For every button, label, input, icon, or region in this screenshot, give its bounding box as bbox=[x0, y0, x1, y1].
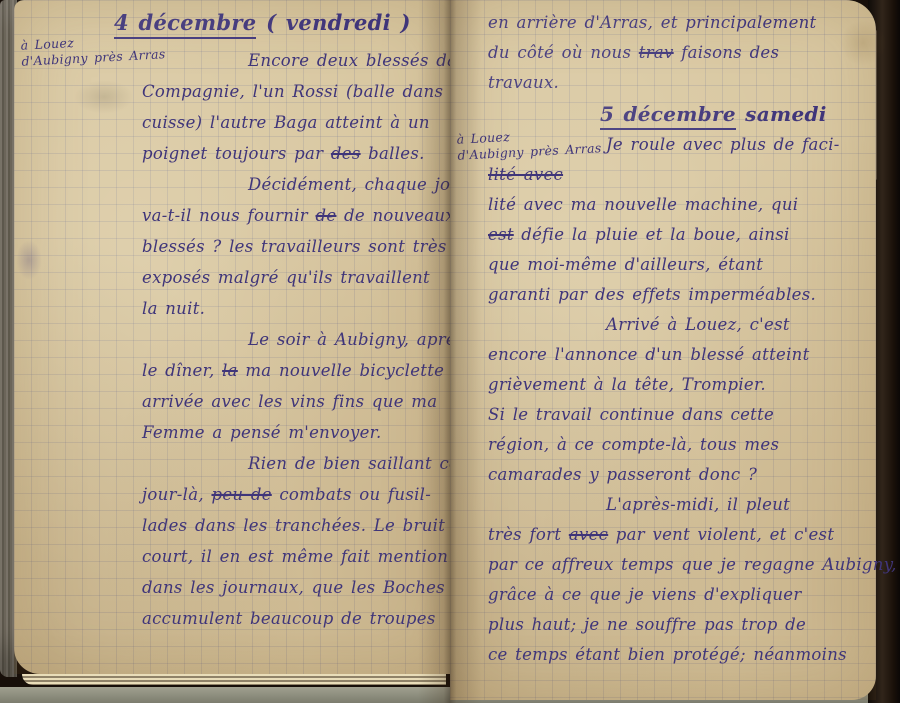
notebook-page-right: en arrière d'Arras, et principalementdu … bbox=[450, 0, 876, 700]
text-segment: cuisse) l'autre Baga atteint à un bbox=[142, 113, 430, 132]
notebook-page-left: à Louezd'Aubigny près Arras 4 décembre (… bbox=[14, 0, 450, 674]
struck-text: peu de bbox=[211, 485, 271, 504]
text-segment: du côté où nous bbox=[488, 43, 639, 62]
text-segment: Rien de bien saillant ce bbox=[248, 454, 459, 473]
handwritten-line: accumulent beaucoup de troupes bbox=[142, 603, 444, 634]
text-segment: région, à ce compte-là, tous mes bbox=[488, 435, 779, 454]
handwritten-line: lité avec ma nouvelle machine, qui bbox=[488, 190, 872, 220]
text-segment: blessés ? les travailleurs sont très bbox=[142, 237, 447, 256]
handwritten-line: court, il en est même fait mention bbox=[142, 541, 444, 572]
handwritten-line: va-t-il nous fournir de de nouveaux bbox=[142, 200, 444, 231]
struck-text: lité avec bbox=[488, 165, 563, 184]
handwritten-line: camarades y passeront donc ? bbox=[488, 460, 872, 490]
text-segment: Femme a pensé m'envoyer. bbox=[142, 423, 382, 442]
struck-text: de bbox=[316, 206, 337, 225]
text-segment: grâce à ce que je viens d'expliquer bbox=[488, 585, 802, 604]
handwritten-line: Le soir à Aubigny, après bbox=[142, 324, 444, 355]
text-segment: Arrivé à Louez, c'est bbox=[606, 315, 790, 334]
text-segment: plus haut; je ne souffre pas trop de bbox=[488, 615, 806, 634]
struck-text: des bbox=[331, 144, 361, 163]
entry-body-dec4-continuation: en arrière d'Arras, et principalementdu … bbox=[488, 8, 872, 98]
struck-text: est bbox=[488, 225, 514, 244]
text-segment: en arrière d'Arras, et principalement bbox=[488, 13, 817, 32]
handwritten-line: lades dans les tranchées. Le bruit bbox=[142, 510, 444, 541]
text-segment: encore l'annonce d'un blessé atteint bbox=[488, 345, 810, 364]
handwritten-line: jour-là, peu de combats ou fusil- bbox=[142, 479, 444, 510]
handwritten-line: Décidément, chaque jour bbox=[142, 169, 444, 200]
handwritten-line: exposés malgré qu'ils travaillent bbox=[142, 262, 444, 293]
diary-photo-scene: à Louezd'Aubigny près Arras 4 décembre (… bbox=[0, 0, 900, 703]
struck-text: la bbox=[222, 361, 238, 380]
handwritten-line: ce temps étant bien protégé; néanmoins bbox=[488, 640, 872, 670]
ink-smudge bbox=[16, 240, 42, 280]
text-segment: exposés malgré qu'ils travaillent bbox=[142, 268, 430, 287]
date-heading-text: ( vendredi ) bbox=[256, 10, 410, 35]
page-stack-edge-bottom bbox=[22, 674, 446, 685]
text-segment: lades dans les tranchées. Le bruit bbox=[142, 516, 445, 535]
handwritten-line: très fort avec par vent violent, et c'es… bbox=[488, 520, 872, 550]
handwritten-line: la nuit. bbox=[142, 293, 444, 324]
handwritten-line: grièvement à la tête, Trompier. bbox=[488, 370, 872, 400]
handwritten-line: du côté où nous trav faisons des bbox=[488, 38, 872, 68]
handwritten-line: arrivée avec les vins fins que ma bbox=[142, 386, 444, 417]
text-segment: Je roule avec plus de faci- bbox=[606, 135, 840, 154]
handwritten-line: poignet toujours par des balles. bbox=[142, 138, 444, 169]
text-segment: travaux. bbox=[488, 73, 559, 92]
handwritten-line: Arrivé à Louez, c'est bbox=[488, 310, 872, 340]
handwritten-line: L'après-midi, il pleut bbox=[488, 490, 872, 520]
handwritten-line: Si le travail continue dans cette bbox=[488, 400, 872, 430]
handwritten-line: Femme a pensé m'envoyer. bbox=[142, 417, 444, 448]
handwritten-line: le dîner, la ma nouvelle bicyclette est bbox=[142, 355, 444, 386]
text-segment: par vent violent, et c'est bbox=[608, 525, 834, 544]
text-segment: Le soir à Aubigny, après bbox=[248, 330, 465, 349]
handwritten-line: plus haut; je ne souffre pas trop de bbox=[488, 610, 872, 640]
text-segment: camarades y passeront donc ? bbox=[488, 465, 757, 484]
struck-text: avec bbox=[569, 525, 608, 544]
text-segment: garanti par des effets imperméables. bbox=[488, 285, 816, 304]
handwritten-line: blessés ? les travailleurs sont très bbox=[142, 231, 444, 262]
entry-body-dec4: Encore deux blessés dans laCompagnie, l'… bbox=[142, 45, 444, 634]
entry-body-dec5: Je roule avec plus de faci-lité aveclité… bbox=[488, 130, 872, 670]
text-segment: combats ou fusil- bbox=[272, 485, 431, 504]
entry-date-heading-dec4: 4 décembre ( vendredi ) bbox=[114, 10, 450, 35]
date-heading-text: 5 décembre bbox=[600, 102, 736, 130]
text-segment: par ce affreux temps que je regagne Aubi… bbox=[488, 555, 897, 574]
handwritten-line: cuisse) l'autre Baga atteint à un bbox=[142, 107, 444, 138]
handwritten-line: travaux. bbox=[488, 68, 872, 98]
text-segment: faisons des bbox=[674, 43, 780, 62]
handwritten-line: garanti par des effets imperméables. bbox=[488, 280, 872, 310]
handwritten-line: lité avec bbox=[488, 160, 872, 190]
handwritten-line: par ce affreux temps que je regagne Aubi… bbox=[488, 550, 872, 580]
text-segment: arrivée avec les vins fins que ma bbox=[142, 392, 437, 411]
text-segment: poignet toujours par bbox=[142, 144, 331, 163]
text-segment: ce temps étant bien protégé; néanmoins bbox=[488, 645, 847, 664]
struck-text: trav bbox=[639, 43, 674, 62]
text-segment: Compagnie, l'un Rossi (balle dans la bbox=[142, 82, 467, 101]
text-segment: grièvement à la tête, Trompier. bbox=[488, 375, 766, 394]
date-heading-text: samedi bbox=[736, 102, 827, 126]
text-segment: ma nouvelle bicyclette est bbox=[238, 361, 478, 380]
text-segment: la nuit. bbox=[142, 299, 205, 318]
text-segment: le dîner, bbox=[142, 361, 222, 380]
text-segment: de nouveaux bbox=[336, 206, 454, 225]
text-segment: dans les journaux, que les Boches bbox=[142, 578, 445, 597]
text-segment: Décidément, chaque jour bbox=[248, 175, 469, 194]
text-segment: va-t-il nous fournir bbox=[142, 206, 316, 225]
text-segment: court, il en est même fait mention bbox=[142, 547, 448, 566]
text-segment: accumulent beaucoup de troupes bbox=[142, 609, 436, 628]
text-segment: que moi-même d'ailleurs, étant bbox=[488, 255, 763, 274]
entry-date-heading-dec5: 5 décembre samedi bbox=[600, 102, 876, 126]
text-segment: jour-là, bbox=[142, 485, 211, 504]
handwritten-line: que moi-même d'ailleurs, étant bbox=[488, 250, 872, 280]
text-segment: défie la pluie et la boue, ainsi bbox=[514, 225, 790, 244]
handwritten-line: est défie la pluie et la boue, ainsi bbox=[488, 220, 872, 250]
handwritten-line: Compagnie, l'un Rossi (balle dans la bbox=[142, 76, 444, 107]
handwritten-line: grâce à ce que je viens d'expliquer bbox=[488, 580, 872, 610]
handwritten-line: région, à ce compte-là, tous mes bbox=[488, 430, 872, 460]
text-segment: lité avec ma nouvelle machine, qui bbox=[488, 195, 798, 214]
handwritten-line: encore l'annonce d'un blessé atteint bbox=[488, 340, 872, 370]
handwritten-line: Rien de bien saillant ce bbox=[142, 448, 444, 479]
handwritten-line: Encore deux blessés dans la bbox=[142, 45, 444, 76]
handwritten-line: dans les journaux, que les Boches bbox=[142, 572, 444, 603]
text-segment: L'après-midi, il pleut bbox=[606, 495, 790, 514]
text-segment: balles. bbox=[361, 144, 425, 163]
handwritten-line: en arrière d'Arras, et principalement bbox=[488, 8, 872, 38]
text-segment: très fort bbox=[488, 525, 569, 544]
text-segment: Si le travail continue dans cette bbox=[488, 405, 774, 424]
ink-smudge bbox=[74, 80, 134, 114]
